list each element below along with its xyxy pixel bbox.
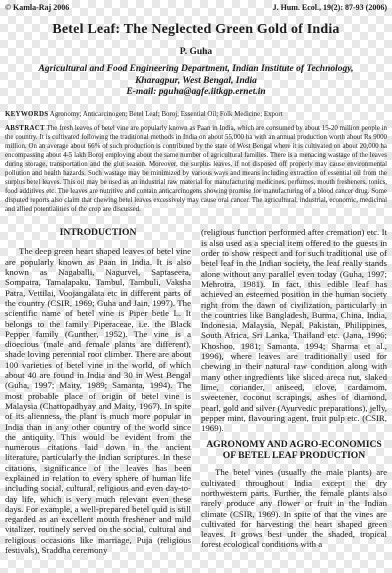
section-heading-introduction: INTRODUCTION (5, 227, 191, 238)
agronomy-paragraph: The betel vines (usually the male plants… (201, 467, 387, 549)
author-name: P. Guha (5, 47, 387, 57)
keywords-text: Agronomy; Anticarcinogen; Betel Leaf; Bo… (50, 111, 283, 118)
author-email: E-mail: pguha@agfe.iitkgp.ernet.in (5, 87, 387, 99)
keywords-paragraph: KEYWORDS Agronomy; Anticarcinogen; Betel… (5, 111, 387, 120)
section-heading-agronomy: AGRONOMY AND AGRO-ECONOMICS OF BETEL LEA… (201, 439, 387, 461)
left-column: INTRODUCTION The deep green heart shaped… (5, 227, 191, 555)
abstract-paragraph: ABSTRACT The fresh leaves of betel vine … (5, 125, 387, 214)
keywords-label: KEYWORDS (5, 111, 48, 118)
introduction-paragraph: The deep green heart shaped leaves of be… (5, 246, 191, 555)
journal-header: © Kamla-Raj 2006 J. Hum. Ecol., 19(2): 8… (5, 3, 387, 13)
two-column-body: INTRODUCTION The deep green heart shaped… (5, 227, 387, 555)
abstract-label: ABSTRACT (5, 125, 45, 132)
abstract-text: The fresh leaves of betel vine are popul… (5, 125, 387, 212)
continued-paragraph: (religious function performed after crem… (201, 227, 387, 433)
affiliation-line-2: Kharagpur, West Bengal, India (5, 76, 387, 88)
agronomy-heading-line-2: OF BETEL LEAF PRODUCTION (201, 450, 387, 461)
copyright-text: © Kamla-Raj 2006 (5, 3, 69, 13)
journal-reference: J. Hum. Ecol., 19(2): 87-93 (2006) (273, 3, 387, 13)
paper-title: Betel Leaf: The Neglected Green Gold of … (5, 22, 387, 38)
right-column: (religious function performed after crem… (201, 227, 387, 555)
paper-page: © Kamla-Raj 2006 J. Hum. Ecol., 19(2): 8… (0, 0, 392, 573)
affiliation-line-1: Agricultural and Food Engineering Depart… (5, 64, 387, 76)
agronomy-heading-line-1: AGRONOMY AND AGRO-ECONOMICS (201, 439, 387, 450)
affiliation-block: Agricultural and Food Engineering Depart… (5, 64, 387, 99)
